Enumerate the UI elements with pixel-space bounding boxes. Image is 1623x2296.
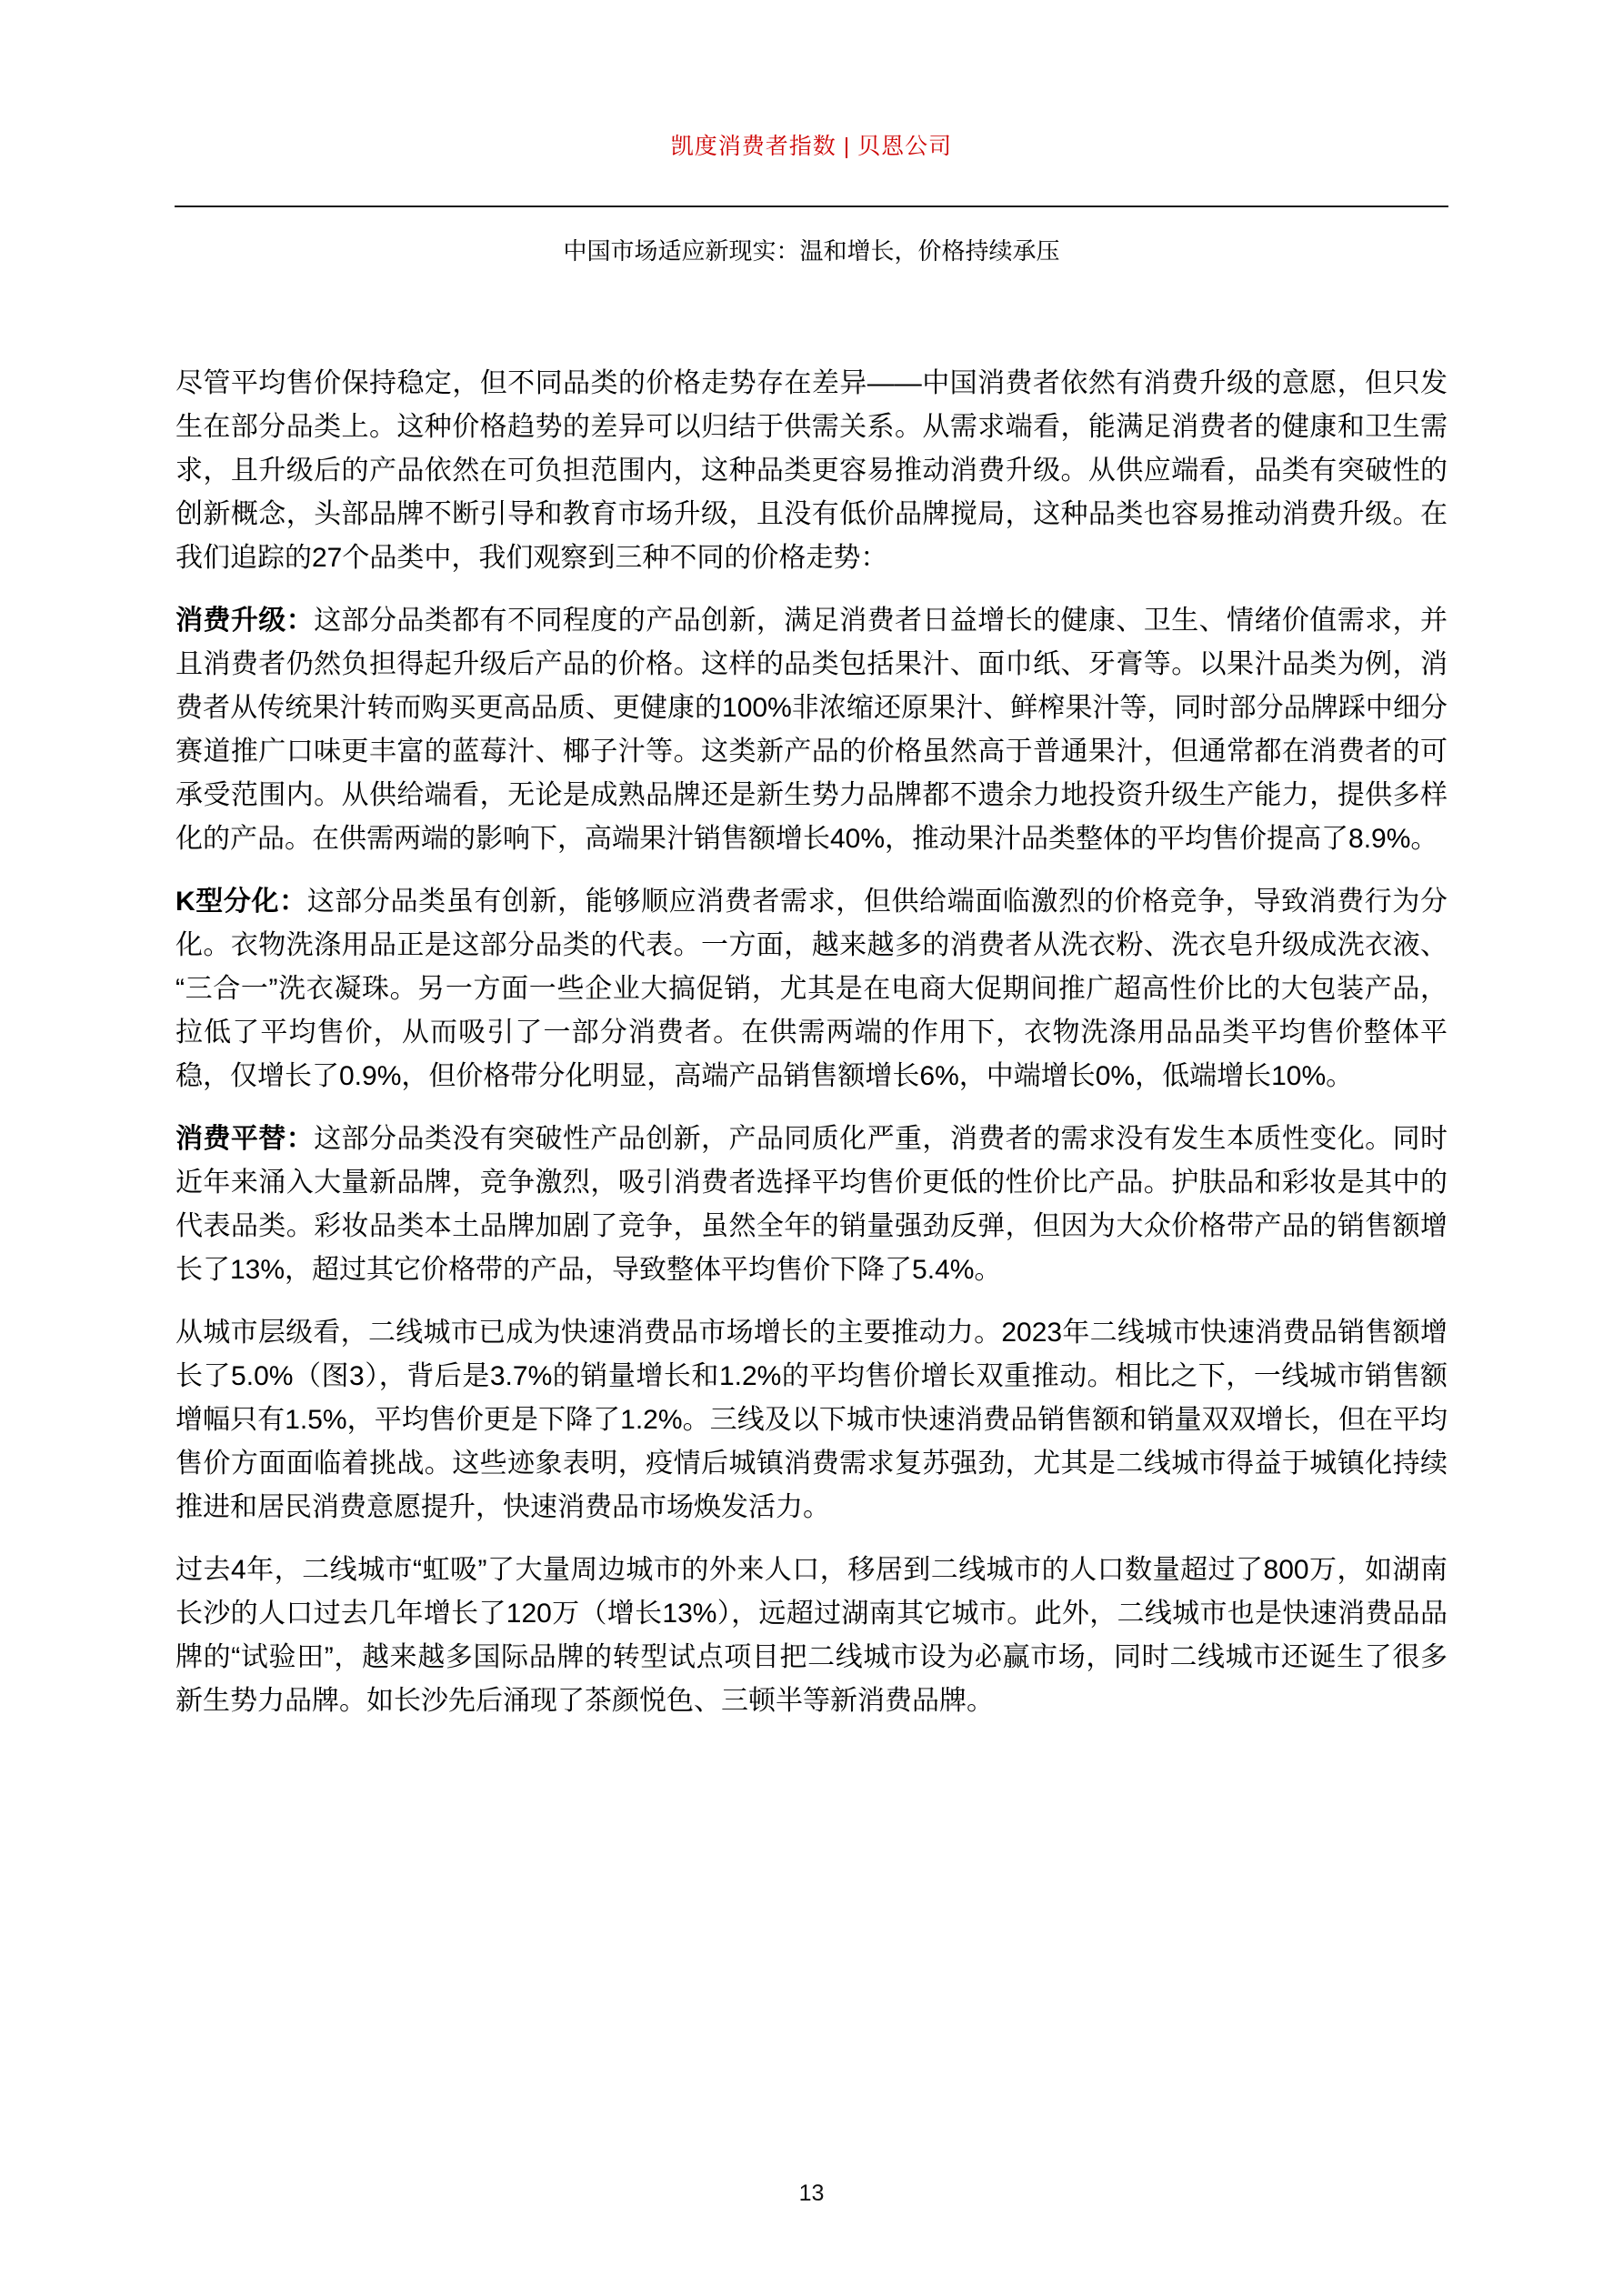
paragraph: 消费升级：这部分品类都有不同程度的产品创新，满足消费者日益增长的健康、卫生、情绪… [175, 599, 1448, 861]
paragraph: 消费平替：这部分品类没有突破性产品创新，产品同质化严重，消费者的需求没有发生本质… [175, 1118, 1448, 1292]
page-subtitle: 中国市场适应新现实：温和增长，价格持续承压 [0, 235, 1623, 267]
page-number: 13 [0, 2181, 1623, 2207]
paragraph-lead: 消费平替： [175, 1124, 314, 1154]
paragraph-lead: K型分化： [175, 887, 307, 917]
header-divider [175, 206, 1448, 207]
paragraph: 从城市层级看，二线城市已成为快速消费品市场增长的主要推动力。2023年二线城市快… [175, 1311, 1448, 1529]
report-page: 凯度消费者指数 | 贝恩公司 中国市场适应新现实：温和增长，价格持续承压 尽管平… [0, 0, 1623, 2296]
paragraph: 尽管平均售价保持稳定，但不同品类的价格走势存在差异——中国消费者依然有消费升级的… [175, 362, 1448, 580]
paragraph: K型分化：这部分品类虽有创新，能够顺应消费者需求，但供给端面临激烈的价格竞争，导… [175, 880, 1448, 1098]
report-header-brand: 凯度消费者指数 | 贝恩公司 [0, 0, 1623, 160]
paragraph: 过去4年，二线城市“虹吸”了大量周边城市的外来人口，移居到二线城市的人口数量超过… [175, 1549, 1448, 1723]
paragraph-lead: 消费升级： [175, 606, 314, 636]
body-text: 尽管平均售价保持稳定，但不同品类的价格走势存在差异——中国消费者依然有消费升级的… [175, 362, 1448, 1723]
